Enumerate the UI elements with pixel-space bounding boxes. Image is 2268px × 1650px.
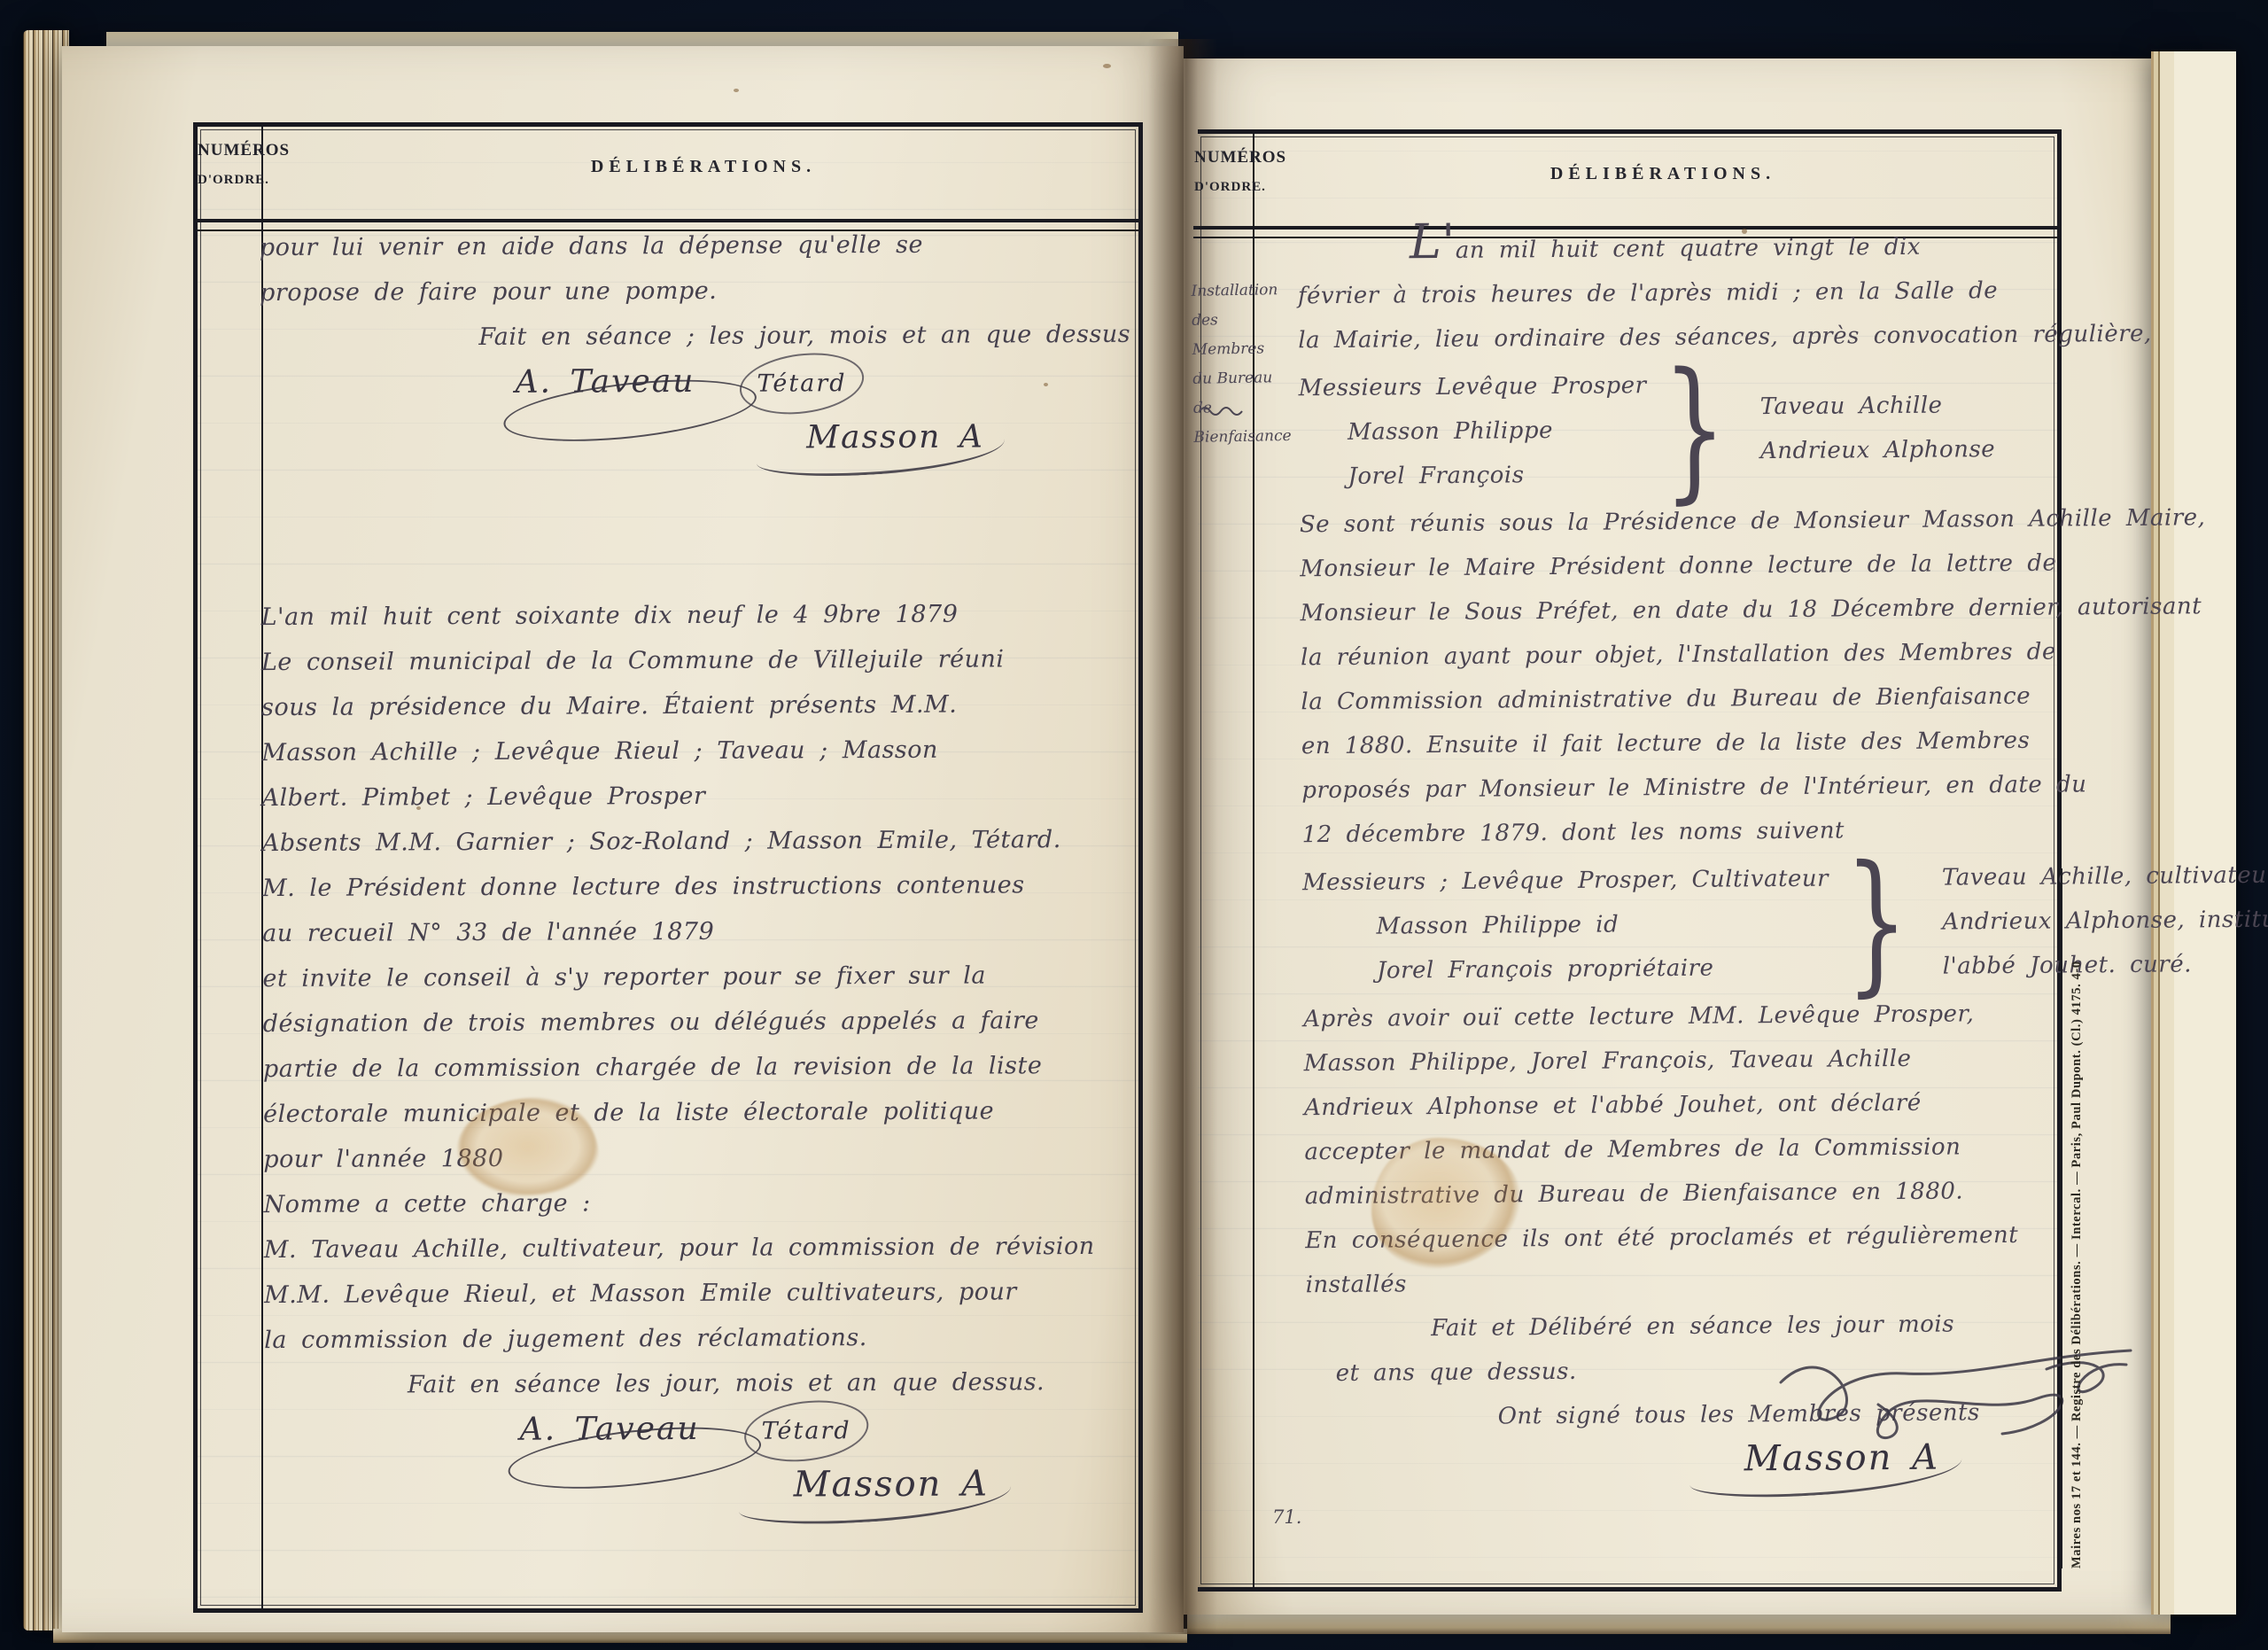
right-page-header: NUMÉROS D'ORDRE. DÉLIBÉRATIONS. [1198,134,2057,226]
handwritten-line: la réunion ayant pour objet, l'Installat… [1301,630,2036,681]
name-line: Masson Philippe id [1302,901,1829,950]
handwritten-line: 12 décembre 1879. dont les noms suivent [1301,807,2037,858]
name-column-right: Taveau AchilleAndrieux Alphonse [1759,383,2034,473]
signature: Tétard [757,361,846,406]
handwritten-line: la commission de jugement des réclamatio… [264,1314,1106,1363]
name-columns: Messieurs Levêque ProsperMasson Philippe… [1299,361,2035,500]
left-numeros-header: NUMÉROS D'ORDRE. [198,141,261,188]
name-line: Messieurs ; Levêque Prosper, Cultivateur [1302,857,1829,906]
numeros-label: NUMÉROS [198,141,261,160]
numeros-label: NUMÉROS [1194,148,1251,167]
ordre-label: D'ORDRE. [198,173,261,188]
handwritten-line: et invite le conseil à s'y reporter pour… [262,953,1104,1001]
name-line: Taveau Achille, cultivateur [1942,852,2268,899]
handwritten-line: en 1880. Ensuite il fait lecture de la l… [1301,719,2037,769]
right-deliberations-header: DÉLIBÉRATIONS. [1269,164,2057,184]
page-number: 71. [1272,1506,1301,1528]
handwritten-line: M. le Président donne lecture des instru… [262,862,1104,911]
paper-speck [416,806,421,810]
handwritten-line: pour l'année 1880 [263,1133,1105,1182]
handwritten-line: Masson Philippe, Jorel François, Taveau … [1303,1036,2039,1086]
handwritten-line: Monsieur le Sous Préfet, en date du 18 D… [1301,586,2036,636]
signature-scribble [1772,1320,2144,1453]
margin-note-installation: Installationdes Membresdu Bureaude Bienf… [1191,276,1278,453]
handwritten-line: la Commission administrative du Bureau d… [1301,674,2036,725]
paper-speck [1742,229,1747,234]
margin-note-squiggle [1198,404,1247,416]
handwritten-line: au recueil N° 33 de l'année 1879 [262,907,1104,956]
handwritten-line: Monsieur le Maire Président donne lectur… [1300,541,2035,592]
brace-glyph: } [1662,368,1727,491]
handwritten-line: désignation de trois membres ou délégués… [263,998,1105,1047]
handwritten-line: M. Taveau Achille, cultivateur, pour la … [264,1224,1106,1273]
signature: Tétard [761,1408,850,1453]
name-line: Jorel François propriétaire [1303,946,1829,994]
handwritten-line: électorale municipale et de la liste éle… [263,1088,1105,1137]
name-column-left: Messieurs Levêque ProsperMasson Philippe… [1299,363,1648,499]
paper-speck [734,89,739,92]
left-page-handwriting: pour lui venir en aide dans la dépense q… [260,222,1107,1543]
handwritten-line: L'an mil huit cent soixante dix neuf le … [261,591,1103,640]
handwritten-line: partie de la commission chargée de la re… [263,1043,1105,1092]
name-line: l'abbé Jouhet. curé. [1943,941,2268,988]
left-deliberations-header: DÉLIBÉRATIONS. [268,157,1138,177]
paper-speck [1103,64,1111,68]
name-line: Andrieux Alphonse, instituteur [1942,897,2268,944]
signature: A. Taveau [515,359,695,405]
handwritten-line: Andrieux Alphonse et l'abbé Jouhet, ont … [1304,1080,2039,1131]
signature: A. Taveau [520,1406,700,1452]
right-numeros-header: NUMÉROS D'ORDRE. [1194,148,1251,195]
signature-row: A. TaveauTétard [260,357,1101,417]
signature: Masson A [794,1462,990,1508]
brace-glyph: } [1845,861,1909,985]
handwritten-line: pour lui venir en aide dans la dépense q… [260,222,1101,270]
printer-imprint: Maires nos 17 et 144. — Registre des Dél… [2061,868,2085,1568]
scanned-register-photo: { "imprint": "Maires nos 17 et 144. — Re… [0,0,2268,1650]
handwritten-line: du Bureau [1192,363,1278,394]
handwritten-line: Nomme a cette charge : [263,1179,1105,1227]
signature: Masson A [806,415,984,461]
name-line: Masson Philippe [1299,408,1647,455]
handwritten-line: Fait en séance ; les jour, mois et an qu… [260,312,1101,361]
handwritten-line: Le conseil municipal de la Commune de Vi… [261,636,1103,685]
handwritten-line: février à trois heures de l'après midi ;… [1298,269,2033,319]
book-page-stack-bottom-right [1187,1613,2171,1634]
handwritten-line: Installation [1191,276,1277,307]
name-column-right: Taveau Achille, cultivateurAndrieux Alph… [1942,852,2268,988]
left-page-header: NUMÉROS D'ORDRE. DÉLIBÉRATIONS. [198,127,1138,219]
handwritten-line: propose de faire pour une pompe. [260,267,1101,315]
handwritten-line: Fait en séance les jour, mois et an que … [264,1359,1106,1408]
paper-speck [1044,383,1048,386]
handwritten-line: Albert. Pimbet ; Levêque Prosper [261,772,1103,821]
name-line: Jorel François [1299,452,1647,499]
handwritten-line: des Membres [1192,305,1278,365]
name-line: Andrieux Alphonse [1760,427,2035,473]
name-line: Taveau Achille [1759,383,2034,429]
name-line: Messieurs Levêque Prosper [1299,363,1647,410]
name-column-left: Messieurs ; Levêque Prosper, Cultivateur… [1302,857,1829,994]
book-page-stack-right [2151,51,2236,1615]
handwritten-line: Masson Achille ; Levêque Rieul ; Taveau … [261,727,1103,775]
handwritten-line: M.M. Levêque Rieul, et Masson Emile cult… [264,1269,1106,1318]
handwritten-line: sous la présidence du Maire. Étaient pré… [261,681,1103,730]
ordre-label: D'ORDRE. [1194,180,1251,195]
signature-row: A. TaveauTétard [265,1405,1107,1465]
handwritten-line: Après avoir ouï cette lecture MM. Levêqu… [1303,992,2039,1042]
handwritten-line: proposés par Monsieur le Ministre de l'I… [1301,763,2037,813]
handwritten-line: L'an mil huit cent quatre vingt le dix [1297,224,2032,275]
handwritten-line: Absents M.M. Garnier ; Soz-Roland ; Mass… [262,817,1104,866]
name-columns: Messieurs ; Levêque Prosper, Cultivateur… [1302,855,2039,994]
handwritten-line: de Bienfaisance [1193,393,1279,453]
